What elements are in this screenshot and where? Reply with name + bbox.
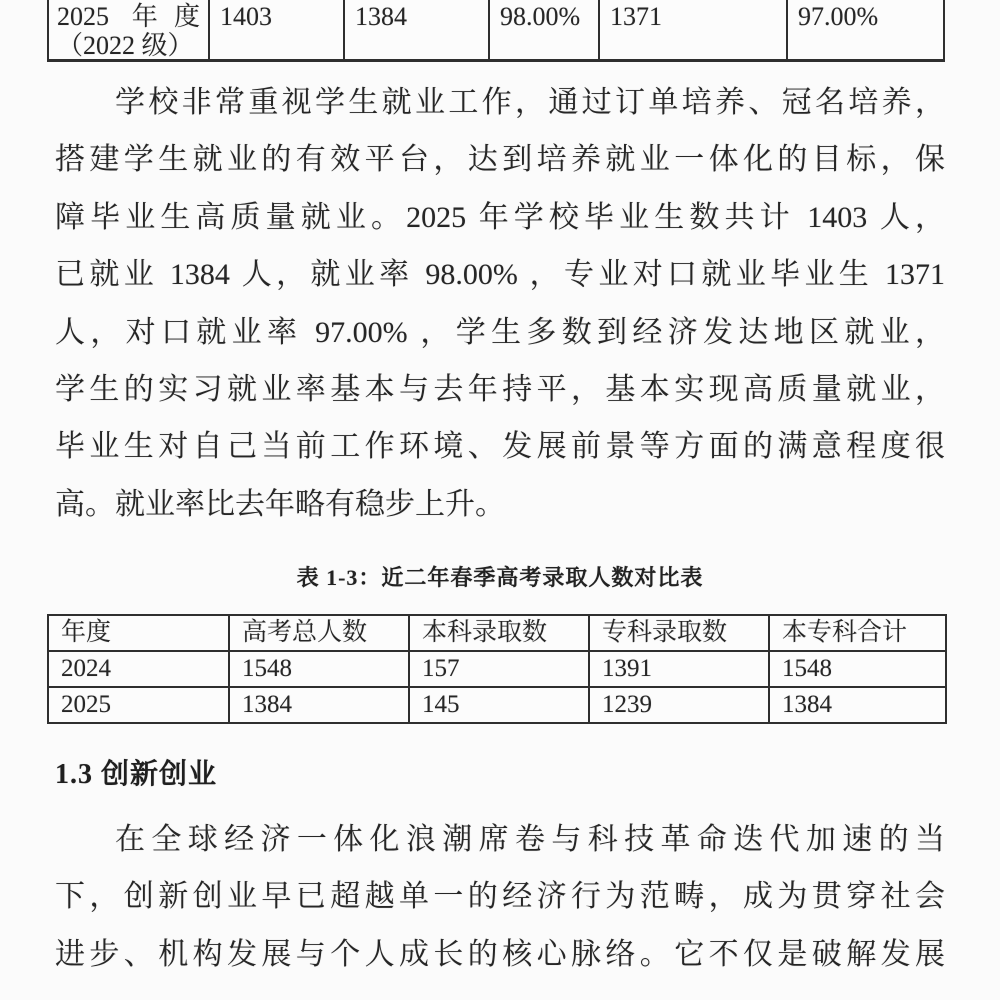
cell-undergrad: 145 [409,687,589,723]
table-cell-employment-rate: 98.00% [490,0,600,59]
paragraph-line: 毕业生对自己当前工作环境、发展前景等方面的满意程度很 [55,418,945,475]
year-line-1: 2025 年度 [57,2,200,31]
cell-total: 1384 [229,687,409,723]
cell-total: 1548 [229,651,409,687]
employment-paragraph: 学校非常重视学生就业工作，通过订单培养、冠名培养， 搭建学生就业的有效平台，达到… [55,74,945,533]
admissions-table: 年度 高考总人数 本科录取数 专科录取数 本专科合计 2024 1548 157… [47,614,947,724]
paragraph-line: 障毕业生高质量就业。2025 年学校毕业生数共计 1403 人， [55,189,945,246]
year-line-2: （2022 级） [57,31,200,59]
section-heading: 1.3 创新创业 [55,758,217,792]
paragraph-line: 下，创新创业早已超越单一的经济行为范畴，成为贯穿社会 [55,868,945,925]
table-caption: 表 1-3：近二年春季高考录取人数对比表 [0,561,1000,592]
paragraph-line: 学校非常重视学生就业工作，通过订单培养、冠名培养， [55,74,945,131]
cell-combined: 1384 [769,687,946,723]
table-header-row: 年度 高考总人数 本科录取数 专科录取数 本专科合计 [48,615,946,651]
table-cell-graduates-total: 1403 [210,0,345,59]
table-row: 2025 1384 145 1239 1384 [48,687,946,723]
header-total-examinees: 高考总人数 [229,615,409,651]
innovation-paragraph: 在全球经济一体化浪潮席卷与科技革命迭代加速的当 下，创新创业早已超越单一的经济行… [55,811,945,983]
paragraph-line: 高。就业率比去年略有稳步上升。 [55,476,945,533]
table-cell-matched-employed: 1371 [600,0,788,59]
cell-college: 1391 [589,651,769,687]
paragraph-line: 搭建学生就业的有效平台，达到培养就业一体化的目标，保 [55,131,945,188]
cell-college: 1239 [589,687,769,723]
paragraph-line: 进步、机构发展与个人成长的核心脉络。它不仅是破解发展 [55,926,945,983]
document-page: 2025 年度 （2022 级） 1403 1384 98.00% 1371 9… [0,0,1000,1000]
header-combined-total: 本专科合计 [769,615,946,651]
table-cell-employed: 1384 [345,0,490,59]
cell-combined: 1548 [769,651,946,687]
paragraph-line: 人，对口就业率 97.00% ，学生多数到经济发达地区就业， [55,304,945,361]
header-undergrad-admitted: 本科录取数 [409,615,589,651]
header-college-admitted: 专科录取数 [589,615,769,651]
cell-year: 2025 [48,687,229,723]
paragraph-line: 在全球经济一体化浪潮席卷与科技革命迭代加速的当 [55,811,945,868]
paragraph-line: 学生的实习就业率基本与去年持平，基本实现高质量就业， [55,361,945,418]
cell-undergrad: 157 [409,651,589,687]
paragraph-line: 已就业 1384 人，就业率 98.00% ，专业对口就业毕业生 1371 [55,246,945,303]
header-year: 年度 [48,615,229,651]
cell-year: 2024 [48,651,229,687]
table-cell-matched-rate: 97.00% [788,0,942,59]
table-row: 2024 1548 157 1391 1548 [48,651,946,687]
table-cell-year: 2025 年度 （2022 级） [49,0,210,59]
employment-table-fragment: 2025 年度 （2022 级） 1403 1384 98.00% 1371 9… [47,0,945,62]
